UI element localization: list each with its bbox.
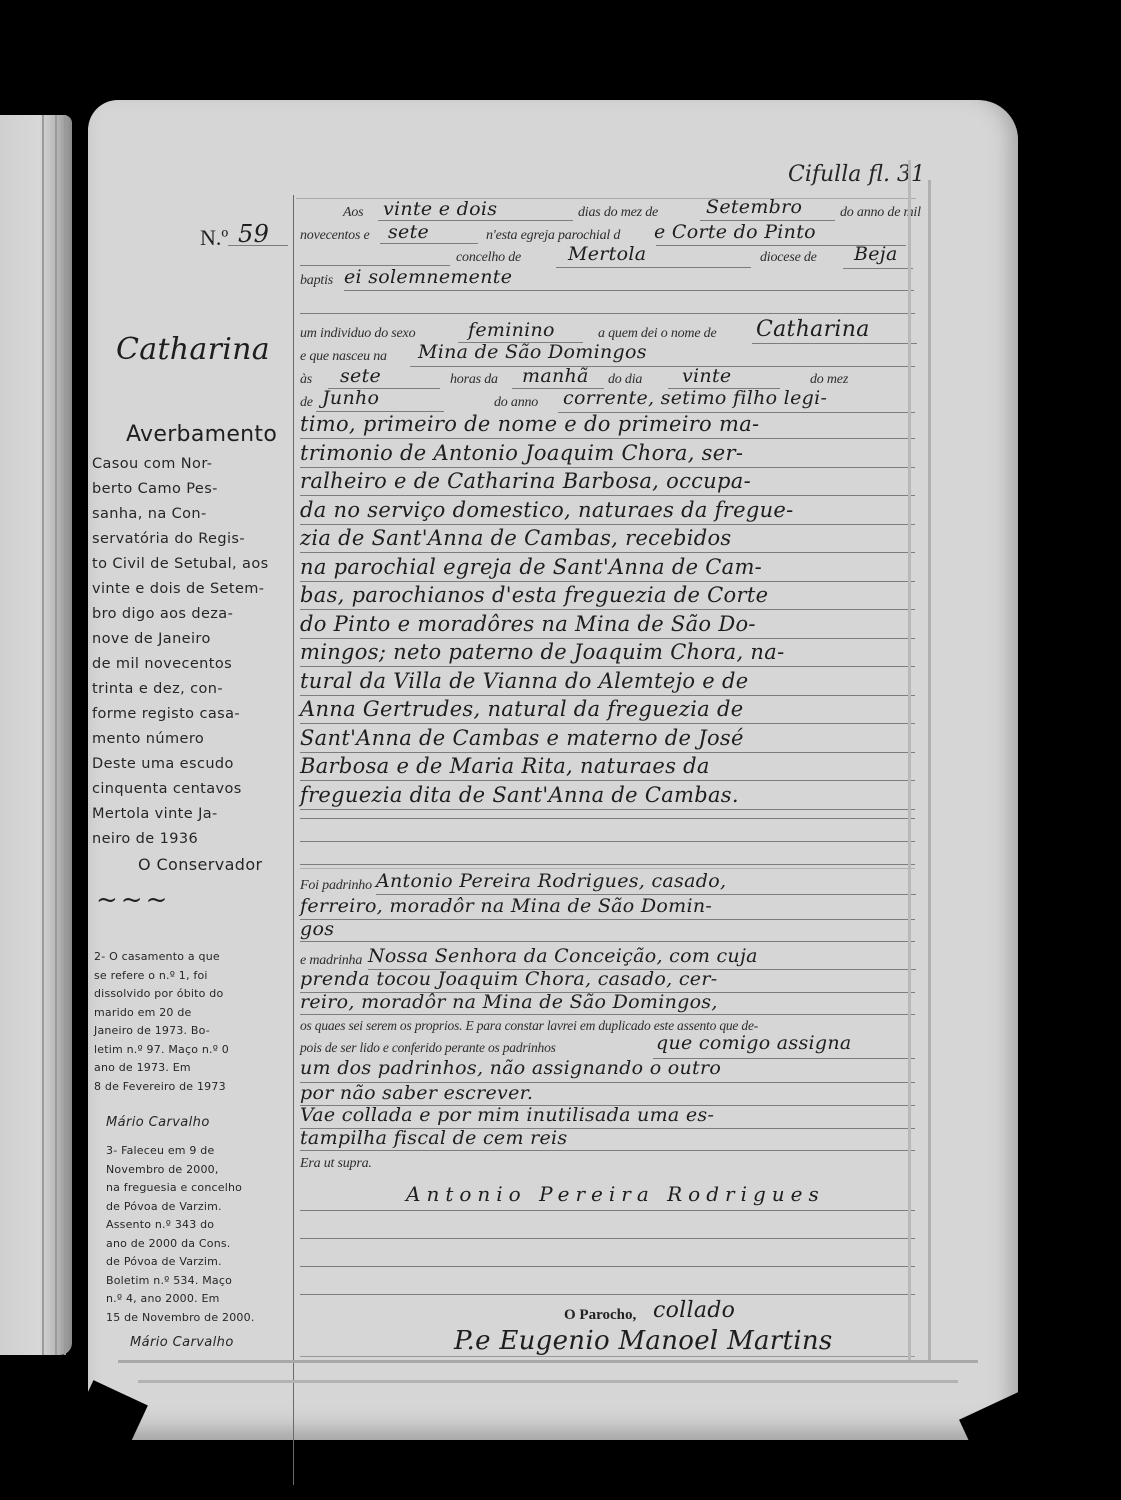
entry-body-line: Sant'Anna de Cambas e materno de José [300,726,744,750]
entry-body-line: Barbosa e de Maria Rita, naturaes da [300,754,710,778]
margin-note-line: neiro de 1936 [92,827,269,852]
handwritten-parish: e Corte do Pinto [654,221,816,243]
register-page: Cifulla fl. 31 N.º 59 Catharina Aos vint… [88,100,1018,1440]
printed-text: novecentos e [300,228,370,244]
stamp-note: tampilha fiscal de cem reis [300,1127,568,1149]
entry-number-label: N.º [200,225,228,251]
adjacent-left-page-edge [0,115,72,1355]
entry-body-line: zia de Sant'Anna de Cambas, recebidos [300,526,732,550]
entry-body-line: mingos; neto paterno de Joaquim Chora, n… [300,640,784,664]
printed-text: um individuo do sexo [300,326,415,342]
margin-annotation-signoff: Mário Carvalho [106,1110,210,1135]
handwritten-birth-month: Junho [322,387,379,409]
margin-child-name: Catharina [116,332,270,367]
entry-body-line: Anna Gertrudes, natural da freguezia de [300,697,743,721]
stamp-note: Vae collada e por mim inutilisada uma es… [300,1104,714,1126]
printed-text: do anno [494,395,538,411]
godfather-line: gos [300,918,334,940]
margin-note-line: Novembro de 2000, [106,1161,255,1180]
margin-note-line: marido em 20 de [94,1004,229,1023]
printed-text: do dia [608,372,642,388]
priest-label: O Parocho, [564,1307,636,1324]
entry-body-line: trimonio de Antonio Joaquim Chora, ser- [300,441,743,465]
margin-note-line: ano de 1973. Em [94,1059,229,1078]
printed-text: às [300,372,312,388]
margin-note-line: 15 de Novembro de 2000. [106,1309,255,1328]
margin-note-line: Assento n.º 343 do [106,1216,255,1235]
printed-text: horas da [450,372,498,388]
godfather-label: Foi padrinho [300,878,372,894]
printed-text: de [300,395,313,411]
margin-note-line: Boletim n.º 534. Maço [106,1272,255,1291]
margin-note-line: cinquenta centavos [92,777,269,802]
margin-note-line: de Póvoa de Varzim. [106,1198,255,1217]
entry-body-line: da no serviço domestico, naturaes da fre… [300,498,794,522]
entry-body-line: do Pinto e moradôres na Mina de São Do- [300,612,756,636]
margin-note-line: Deste uma escudo [92,752,269,777]
margin-note-line: nove de Janeiro [92,627,269,652]
handwritten-hour: sete [340,365,381,387]
margin-note-line: vinte e dois de Setem- [92,577,269,602]
margin-note-line: de Póvoa de Varzim. [106,1253,255,1272]
margin-note-line: mento número [92,727,269,752]
entry-body-line: bas, parochianos d'esta freguezia de Cor… [300,583,768,607]
closing-printed-text: pois de ser lido e conferido perante os … [300,1040,556,1056]
margin-note-line: letim n.º 97. Maço n.º 0 [94,1041,229,1060]
margin-note-line: se refere o n.º 1, foi [94,967,229,986]
entry-body-line: na parochial egreja de Sant'Anna de Cam- [300,555,762,579]
margin-annotation-dissolution: 2- O casamento a quese refere o n.º 1, f… [94,948,229,1096]
handwritten-year: sete [388,221,429,243]
margin-note-line: sanha, na Con- [92,502,269,527]
margin-note-line: 2- O casamento a que [94,948,229,967]
margin-note-line: berto Camo Pes- [92,477,269,502]
printed-text: a quem dei o nome de [598,326,716,342]
margin-annotation-signoff: Mário Carvalho [130,1330,234,1355]
handwritten-time-of-day: manhã [522,365,589,387]
margin-note-line: Janeiro de 1973. Bo- [94,1022,229,1041]
handwritten-sex: feminino [468,319,555,341]
godmother-line: Nossa Senhora da Conceição, com cuja [368,945,758,967]
margin-annotation-signoff: O Conservador [138,852,263,877]
printed-text: baptis [300,273,333,289]
godfather-signature: Antonio Pereira Rodrigues [406,1182,825,1206]
priest-title-handwritten: collado [653,1298,735,1323]
closing-handwritten: por não saber escrever. [300,1082,533,1104]
margin-note-line: Casou com Nor- [92,452,269,477]
margin-note-line: 3- Faleceu em 9 de [106,1142,255,1161]
handwritten-birth-day: vinte [682,365,731,387]
margin-note-line: Mertola vinte Ja- [92,802,269,827]
entry-number: 59 [238,220,269,248]
entry-body-line: timo, primeiro de nome e do primeiro ma- [300,412,759,436]
printed-text: e que nasceu na [300,349,387,365]
margin-note-line: trinta e dez, con- [92,677,269,702]
printed-text: dias do mez de [578,205,658,221]
entry-body-line: ralheiro e de Catharina Barbosa, occupa- [300,469,751,493]
margin-note-line: dissolvido por óbito do [94,985,229,1004]
godmother-line: reiro, moradôr na Mina de São Domingos, [300,991,718,1013]
printed-text: concelho de [456,250,521,266]
printed-text: Aos [343,205,363,221]
godfather-line: ferreiro, moradôr na Mina de São Domin- [300,895,712,917]
margin-note-line: ano de 2000 da Cons. [106,1235,255,1254]
entry-body-line: freguezia dita de Sant'Anna de Cambas. [300,783,739,807]
printed-text: n'esta egreja parochial d [486,228,620,244]
handwritten-given-name: Catharina [756,317,870,342]
godfather-line: Antonio Pereira Rodrigues, casado, [376,870,726,892]
folio-note: Cifulla fl. 31 [788,162,925,187]
margin-note-line: to Civil de Setubal, aos [92,552,269,577]
entry-body-line: tural da Villa de Vianna do Alemtejo e d… [300,669,748,693]
priest-signature: P.e Eugenio Manoel Martins [454,1326,833,1356]
era-ut-supra-label: Era ut supra. [300,1156,372,1172]
closing-handwritten: um dos padrinhos, não assignando o outro [300,1057,721,1079]
margin-annotation-death: 3- Faleceu em 9 deNovembro de 2000,na fr… [106,1142,255,1327]
handwritten-diocese: Beja [854,243,898,265]
margin-note-line: 8 de Fevereiro de 1973 [94,1078,229,1097]
margin-note-line: servatória do Regis- [92,527,269,552]
conservator-signature-scribble: ~~~ [96,885,170,915]
margin-note-line: bro digo aos deza- [92,602,269,627]
handwritten-birth-year-and-filiation: corrente, setimo filho legi- [563,387,827,409]
printed-text: diocese de [760,250,817,266]
margin-annotation-marriage: Casou com Nor-berto Camo Pes-sanha, na C… [92,452,269,852]
godmother-label: e madrinha [300,953,362,969]
margin-divider [293,195,294,1485]
margin-note-line: de mil novecentos [92,652,269,677]
handwritten-day: vinte e dois [383,198,497,220]
handwritten-month: Setembro [706,196,802,218]
handwritten-municipality: Mertola [568,243,646,265]
margin-annotation-heading: Averbamento [126,422,277,447]
margin-note-line: n.º 4, ano 2000. Em [106,1290,255,1309]
printed-text: do mez [810,372,848,388]
handwritten-birthplace: Mina de São Domingos [418,341,647,363]
margin-note-line: forme registo casa- [92,702,269,727]
margin-note-line: na freguesia e concelho [106,1179,255,1198]
closing-handwritten: que comigo assigna [656,1032,852,1054]
handwritten-baptism-type: ei solemnemente [344,266,512,288]
godmother-line: prenda tocou Joaquim Chora, casado, cer- [300,968,717,990]
